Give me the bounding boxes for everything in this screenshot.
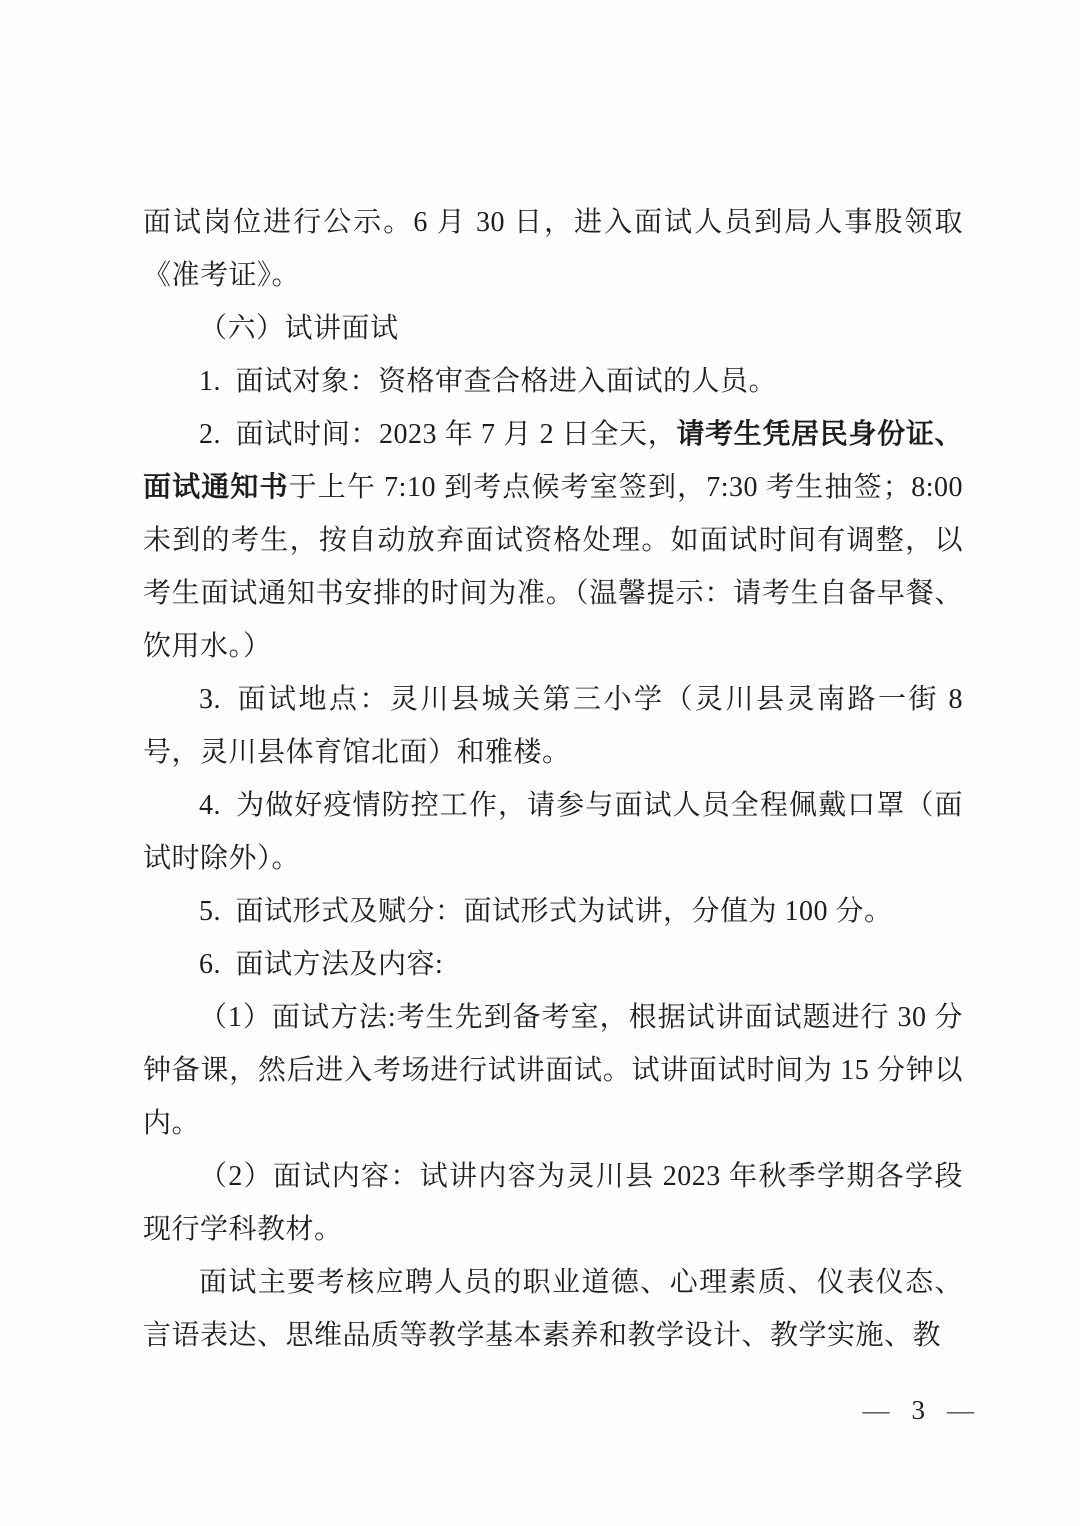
- text-run: 3. 面试地点：灵川县城关第三小学（灵川县灵南路一街 8 号，灵川县体育馆北面）…: [143, 684, 963, 768]
- text-run: 面试主要考核应聘人员的职业道德、心理素质、仪表仪态、言语表达、思维品质等教学基本…: [143, 1267, 963, 1351]
- paragraph-item-2: 2. 面试时间：2023 年 7 月 2 日全天，请考生凭居民身份证、面试通知书…: [143, 408, 963, 673]
- paragraph-item-6: 6. 面试方法及内容:: [143, 938, 963, 991]
- page-number-dash-left: —: [863, 1395, 890, 1425]
- page-number-value: 3: [912, 1395, 926, 1425]
- document-page: 面试岗位进行公示。6 月 30 日，进入面试人员到局人事股领取《准考证》。 （六…: [143, 196, 963, 1362]
- page-number-dash-right: —: [947, 1395, 974, 1425]
- text-run: 4. 为做好疫情防控工作，请参与面试人员全程佩戴口罩（面试时除外）。: [143, 790, 963, 874]
- text-run: 1. 面试对象：资格审查合格进入面试的人员。: [199, 366, 777, 397]
- text-run: 2. 面试时间：2023 年 7 月 2 日全天，: [199, 419, 676, 450]
- paragraph-item-3: 3. 面试地点：灵川县城关第三小学（灵川县灵南路一街 8 号，灵川县体育馆北面）…: [143, 673, 963, 779]
- paragraph-assessment-criteria: 面试主要考核应聘人员的职业道德、心理素质、仪表仪态、言语表达、思维品质等教学基本…: [143, 1256, 963, 1362]
- paragraph-item-5: 5. 面试形式及赋分：面试形式为试讲，分值为 100 分。: [143, 885, 963, 938]
- text-run: 面试岗位进行公示。6 月 30 日，进入面试人员到局人事股领取《准考证》。: [143, 207, 963, 291]
- page-number: —3—: [863, 1390, 975, 1430]
- paragraph-continuation: 面试岗位进行公示。6 月 30 日，进入面试人员到局人事股领取《准考证》。: [143, 196, 963, 302]
- paragraph-item-1: 1. 面试对象：资格审查合格进入面试的人员。: [143, 355, 963, 408]
- text-run: 6. 面试方法及内容:: [199, 949, 443, 980]
- paragraph-item-4: 4. 为做好疫情防控工作，请参与面试人员全程佩戴口罩（面试时除外）。: [143, 779, 963, 885]
- text-run: （六）试讲面试: [199, 313, 399, 344]
- paragraph-subitem-2: （2）面试内容：试讲内容为灵川县 2023 年秋季学期各学段现行学科教材。: [143, 1150, 963, 1256]
- text-run: 5. 面试形式及赋分：面试形式为试讲，分值为 100 分。: [199, 896, 893, 927]
- text-run: （2）面试内容：试讲内容为灵川县 2023 年秋季学期各学段现行学科教材。: [143, 1161, 963, 1245]
- paragraph-section-heading: （六）试讲面试: [143, 302, 963, 355]
- text-run: （1）面试方法:考生先到备考室，根据试讲面试题进行 30 分钟备课，然后进入考场…: [143, 1002, 963, 1139]
- paragraph-subitem-1: （1）面试方法:考生先到备考室，根据试讲面试题进行 30 分钟备课，然后进入考场…: [143, 991, 963, 1150]
